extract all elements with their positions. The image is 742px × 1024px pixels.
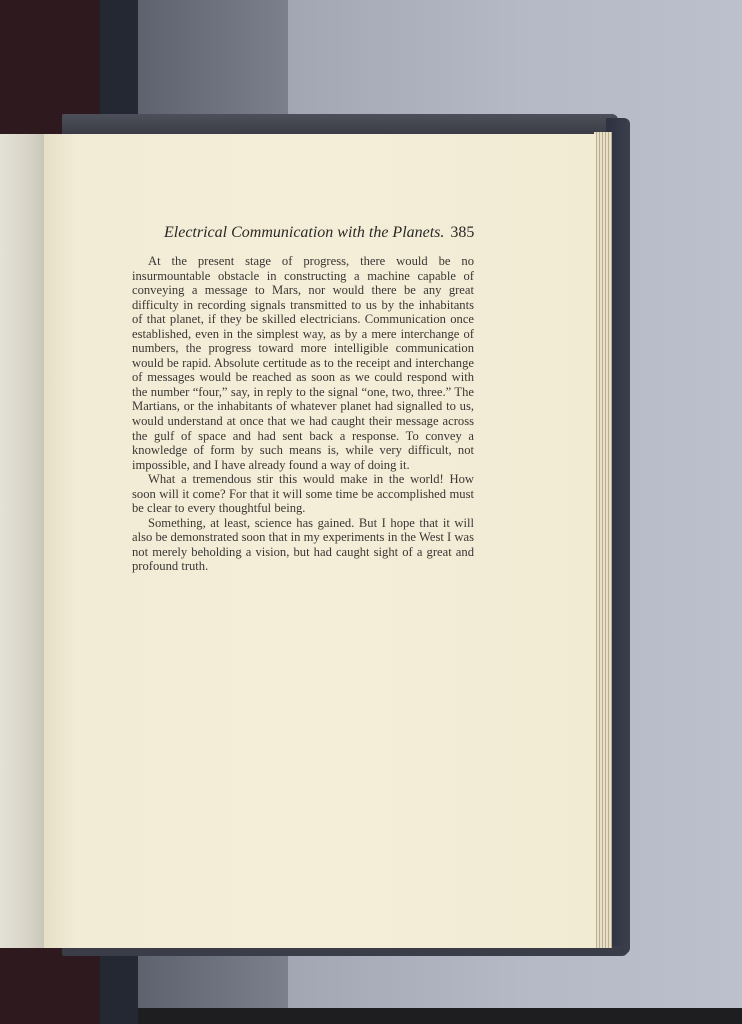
running-head-title: Electrical Communication with the Planet… xyxy=(164,224,444,241)
book-cover-top-edge xyxy=(62,114,618,134)
left-page-sliver xyxy=(0,134,44,948)
body-text: At the present stage of progress, there … xyxy=(132,254,474,574)
background-bottom-shadow xyxy=(138,1008,742,1024)
running-head: Electrical Communication with the Planet… xyxy=(164,224,476,242)
paragraph: What a tremendous stir this would make i… xyxy=(132,472,474,516)
paragraph: At the present stage of progress, there … xyxy=(132,254,474,472)
paragraph: Something, at least, science has gained.… xyxy=(132,516,474,574)
page-number: 385 xyxy=(450,224,474,241)
page-edges xyxy=(594,132,612,948)
